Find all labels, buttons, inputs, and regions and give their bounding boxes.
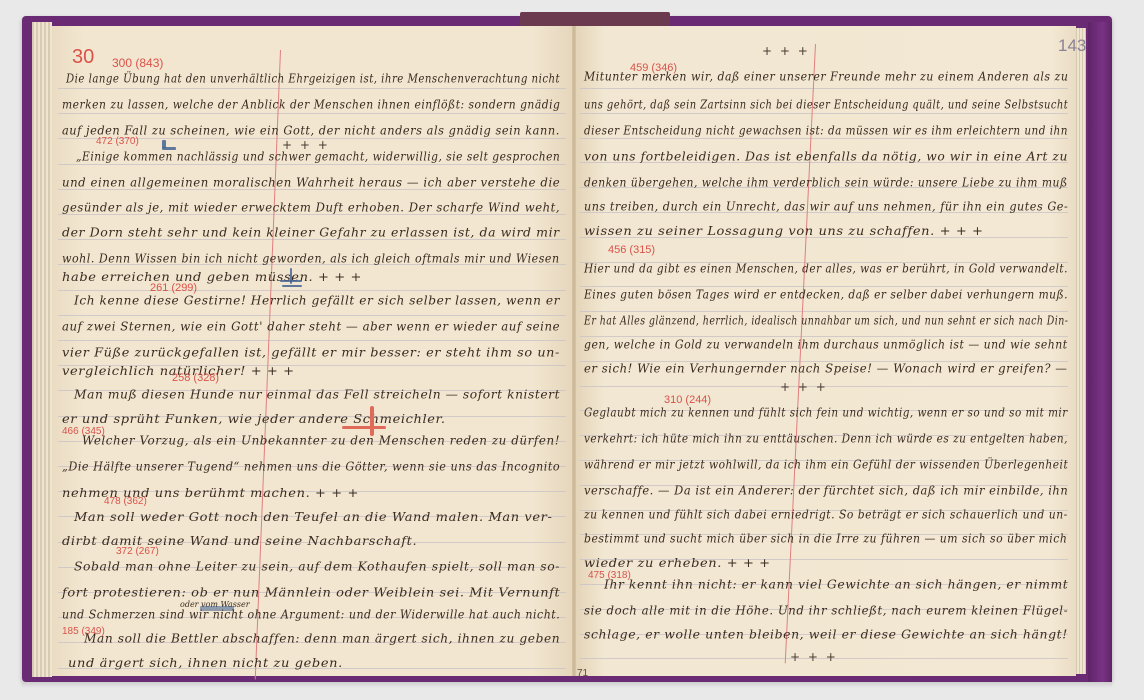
ruled-line bbox=[580, 311, 1068, 312]
text-line: vier Füße zurückgefallen ist, gefällt er… bbox=[62, 346, 560, 360]
gutter bbox=[572, 26, 576, 676]
entry-ref: 456 (315) bbox=[608, 244, 655, 256]
text-line: er sich! Wie ein Verhungernder nach Spei… bbox=[584, 362, 1067, 376]
text-line: zu kennen und fühlt sich dabei erniedrig… bbox=[584, 508, 1068, 522]
page-number-right: 143 bbox=[1058, 36, 1086, 56]
text-line: Geglaubt mich zu kennen und fühlt sich f… bbox=[584, 406, 1068, 420]
text-line: verkehrt: ich hüte mich ihn zu enttäusch… bbox=[584, 432, 1068, 446]
separator-crosses: + + + bbox=[790, 650, 838, 664]
page-stack-left bbox=[32, 22, 52, 677]
text-line: uns treiben, durch ein Unrecht, das wir … bbox=[584, 200, 1068, 214]
entry-ref: 258 (328) bbox=[172, 372, 219, 384]
entry-ref: 478 (362) bbox=[104, 496, 147, 507]
blue-pencil-mark bbox=[280, 280, 302, 282]
text-line: Sobald man ohne Leiter zu sein, auf dem … bbox=[74, 560, 560, 574]
page-number-red-left: 30 bbox=[72, 46, 94, 69]
text-line: während er mir jetzt wohlwill, da ich ih… bbox=[584, 458, 1068, 472]
blue-pencil-mark bbox=[282, 285, 302, 287]
entry-ref: 261 (299) bbox=[150, 282, 197, 294]
ruled-line bbox=[580, 88, 1068, 89]
text-line: sie doch alle mit in die Höhe. Und ihr s… bbox=[584, 604, 1068, 618]
separator-crosses: + + + bbox=[780, 380, 828, 394]
text-line: Eines guten bösen Tages wird er entdecke… bbox=[584, 288, 1068, 302]
text-line: Man soll die Bettler abschaffen: denn ma… bbox=[84, 632, 560, 646]
text-line: Welcher Vorzug, als ein Unbekannter zu d… bbox=[82, 434, 560, 448]
text-line: „Die Hälfte unserer Tugend“ nehmen uns d… bbox=[62, 460, 560, 474]
ruled-line bbox=[58, 315, 566, 316]
spine-binding bbox=[520, 12, 670, 26]
text-line: und ärgert sich, ihnen nicht zu geben. bbox=[68, 656, 343, 670]
text-line: dieser Entscheidung nicht gewachsen ist:… bbox=[584, 124, 1068, 138]
ruled-line bbox=[58, 340, 566, 341]
text-line: „Einige kommen nachlässig und schwer gem… bbox=[76, 150, 560, 164]
text-line: und Schmerzen sind wir nicht ohne Argume… bbox=[62, 608, 560, 622]
text-line: Mitunter merken wir, daß einer unserer F… bbox=[584, 70, 1068, 84]
ruled-line bbox=[580, 286, 1068, 287]
text-line: schlage, er wolle unten bleiben, weil er… bbox=[584, 628, 1068, 642]
ruled-line bbox=[58, 88, 566, 89]
text-line: Hier und da gibt es einen Menschen, der … bbox=[584, 262, 1068, 276]
ruled-line bbox=[580, 336, 1068, 337]
text-line: der Dorn steht sehr und kein kleiner Gef… bbox=[62, 226, 560, 240]
separator-crosses: + + + bbox=[762, 44, 810, 58]
text-line: Ihr kennt ihn nicht: er kann viel Gewich… bbox=[604, 578, 1068, 592]
red-cross-mark bbox=[342, 426, 386, 429]
text-line: gesünder als je, mit wieder erwecktem Du… bbox=[62, 201, 560, 215]
text-line: wissen zu seiner Lossagung von uns zu sc… bbox=[584, 224, 984, 238]
text-line: wieder zu erheben. + + + bbox=[584, 556, 771, 570]
text-line: merken zu lassen, welche der Anblick der… bbox=[62, 98, 560, 112]
book-shadow bbox=[22, 682, 1112, 688]
entry-ref: 372 (267) bbox=[116, 546, 159, 557]
text-line: Ich kenne diese Gestirne! Herrlich gefäl… bbox=[74, 294, 560, 308]
text-line: und einen allgemeinen moralischen Wahrhe… bbox=[62, 176, 560, 190]
cover-edge-right bbox=[1088, 22, 1112, 682]
text-line: verschaffe. — Da ist ein Anderer: der fü… bbox=[584, 484, 1068, 498]
text-line: Man soll weder Gott noch den Teufel an d… bbox=[74, 510, 552, 524]
entry-ref: 310 (244) bbox=[664, 394, 711, 406]
text-line: Man muß diesen Hunde nur einmal das Fell… bbox=[74, 388, 560, 402]
text-line: von uns fortbeleidigen. Das ist ebenfall… bbox=[584, 150, 1068, 164]
ruled-line bbox=[58, 113, 566, 114]
text-line: auf zwei Sternen, wie ein Gott' daher st… bbox=[62, 320, 560, 334]
ruled-line bbox=[580, 113, 1068, 114]
text-line: wohl. Denn Wissen bin ich nicht geworden… bbox=[62, 252, 560, 266]
text-line: Die lange Übung hat den unverhältlich Eh… bbox=[66, 72, 560, 86]
text-line: denken übergehen, welche ihm verderblich… bbox=[584, 176, 1068, 190]
text-line: gen, welche in Gold zu verwandeln ihm du… bbox=[584, 338, 1068, 352]
text-line: bestimmt und sucht mich über sich in die… bbox=[584, 532, 1067, 546]
text-line: uns gehört, daß sein Zartsinn sich bei d… bbox=[584, 98, 1068, 112]
text-line: fort protestieren: ob er nun Männlein od… bbox=[62, 586, 560, 600]
page-number-bottom: 71 bbox=[577, 668, 588, 679]
ruled-line bbox=[58, 290, 566, 291]
red-cross-mark bbox=[370, 406, 374, 436]
entry-ref: 300 (843) bbox=[112, 56, 163, 70]
entry-ref: 472 (370) bbox=[96, 136, 139, 147]
text-line: er und sprüht Funken, wie jeder andere S… bbox=[62, 412, 446, 426]
text-line: habe erreichen und geben müssen. + + + bbox=[62, 270, 362, 284]
text-line: Er hat Alles glänzend, herrlich, idealis… bbox=[584, 314, 1068, 328]
